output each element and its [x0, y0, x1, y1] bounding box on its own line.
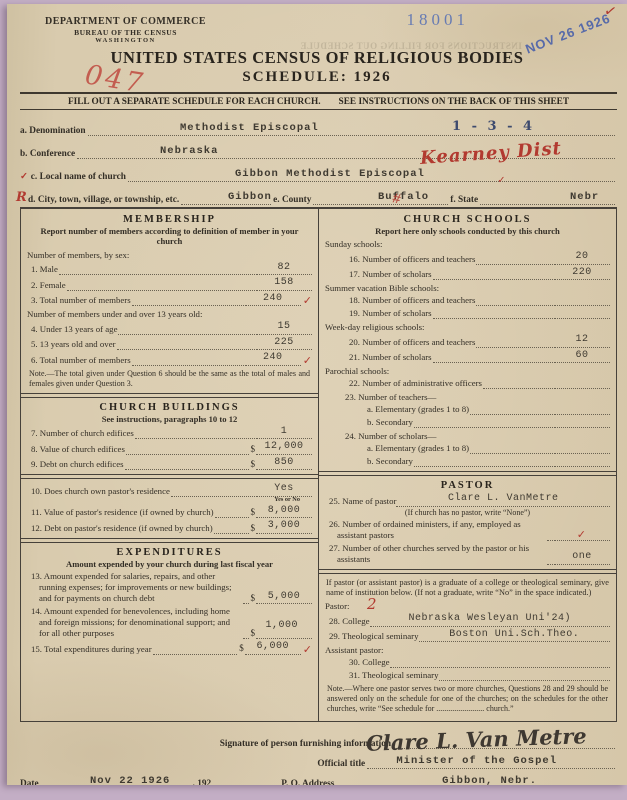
sunday-teachers-value: 20 — [554, 251, 610, 265]
date-suffix: , 192 — [193, 779, 212, 785]
benevolences-amount-line — [256, 638, 312, 639]
dollar-sign: $ — [251, 523, 256, 534]
question-label: 10. Does church own pastor's residence — [27, 486, 170, 497]
dotted-leader — [59, 271, 255, 275]
question-label: 30. College — [345, 657, 390, 668]
question-row-25: 25. Name of pastor Clare L. VanMetre — [325, 493, 610, 507]
dotted-leader — [433, 359, 553, 363]
official-title-label: Official title — [317, 759, 365, 769]
buildings-section-subtitle: See instructions, paragraphs 10 to 12 — [31, 414, 308, 424]
question-label: 31. Theological seminary — [345, 670, 439, 681]
residence-value-amount: 8,000 — [256, 505, 312, 519]
dollar-sign: $ — [251, 628, 256, 639]
pastor-college-value: Nebraska Wesleyan Uni'24) — [370, 613, 610, 627]
summer-teachers-value — [554, 305, 610, 306]
question-label: 11. Value of pastor's residence (if owne… — [27, 507, 214, 518]
state-label: f. State — [450, 195, 478, 205]
edifice-debt-amount: 850 — [256, 457, 312, 471]
pastor-sub-label: Pastor: 2 — [325, 601, 610, 611]
question-row-17: 17. Number of scholars 220 — [345, 267, 610, 281]
conference-value: Nebraska — [160, 145, 218, 157]
question-label: 18. Number of officers and teachers — [345, 295, 475, 306]
question-row-12: 12. Debt on pastor's residence (if owned… — [27, 520, 312, 534]
assistant-pastor-label: Assistant pastor: — [325, 645, 610, 655]
dotted-leader — [67, 287, 255, 291]
over-13-value: 225 — [256, 337, 312, 351]
running-expenses-amount: 5,000 — [256, 591, 312, 605]
field-row-local-name: ✓ c. Local name of church Gibbon Methodi… — [20, 159, 617, 182]
official-title-value: Minister of the Gospel — [396, 755, 557, 767]
red-overwrite-mark: # — [390, 191, 403, 209]
serial-number-stamp: 18001 — [407, 10, 470, 30]
dotted-leader — [433, 276, 553, 280]
question-row-15: 15. Total expenditures during year $ 6,0… — [27, 641, 312, 655]
city-value: Gibbon — [228, 191, 272, 203]
dotted-leader — [153, 651, 238, 655]
form-paper: DEPARTMENT OF COMMERCE BUREAU OF THE CEN… — [7, 4, 627, 785]
field-row-conference: b. Conference Nebraska Kearney Dist — [20, 136, 617, 159]
local-name-value: Gibbon Methodist Episcopal — [235, 168, 425, 180]
question-row-24a: a. Elementary (grades 1 to 8) — [363, 443, 610, 454]
pastor-note: Note.—Where one pastor serves two or mor… — [327, 684, 608, 714]
dollar-sign: $ — [251, 459, 256, 470]
total-members-value: 240 — [245, 293, 301, 307]
question-row-5: 5. 13 years old and over 225 — [27, 337, 312, 351]
summer-scholars-value — [554, 318, 610, 319]
question-label: 15. Total expenditures during year — [27, 644, 152, 655]
question-label: 27. Number of other churches served by t… — [325, 543, 546, 565]
question-row-11: 11. Value of pastor's residence (if owne… — [27, 505, 312, 519]
official-title-row: Official title Minister of the Gospel — [20, 749, 617, 769]
county-value: Buffalo — [378, 191, 429, 203]
red-checkmark-icon: ✓ — [603, 4, 619, 22]
question-label: b. Secondary — [363, 417, 413, 428]
denomination-value: Methodist Episcopal — [180, 122, 319, 134]
denomination-label: a. Denomination — [20, 126, 86, 136]
question-label: 17. Number of scholars — [345, 269, 432, 280]
po-address-label: P. O. Address — [281, 779, 334, 785]
group-label-by-sex: Number of members, by sex: — [27, 250, 312, 260]
field-row-city-county-state: R d. City, town, village, or township, e… — [20, 182, 617, 205]
question-label: a. Elementary (grades 1 to 8) — [363, 443, 469, 454]
question-label: 19. Number of scholars — [345, 308, 432, 319]
question-label: 6. Total number of members — [27, 355, 131, 366]
dotted-leader — [215, 514, 249, 518]
question-label-24: 24. Number of scholars— — [345, 431, 610, 441]
dotted-leader — [135, 435, 255, 439]
question-label: 21. Number of scholars — [345, 352, 432, 363]
dotted-leader — [470, 411, 553, 415]
weekday-scholars-value: 60 — [554, 350, 610, 364]
bureau-city: WASHINGTON — [45, 37, 206, 45]
total-expenditures-amount: 6,000 — [245, 641, 301, 655]
question-row-18: 18. Number of officers and teachers — [345, 295, 610, 306]
bureau-name: BUREAU OF THE CENSUS — [45, 28, 206, 37]
section-divider — [319, 471, 616, 476]
total-members-age-value: 240 — [245, 352, 301, 366]
dotted-leader — [476, 344, 553, 348]
dollar-sign: $ — [251, 444, 256, 455]
question-row-24b: b. Secondary — [363, 456, 610, 467]
question-row-7: 7. Number of church edifices 1 — [27, 426, 312, 440]
male-count-value: 82 — [256, 262, 312, 276]
question-row-27: 27. Number of other churches served by t… — [325, 543, 610, 565]
scanned-census-form: { "colors":{"background":"#c3aec5","pape… — [0, 0, 627, 800]
red-checkmark-icon: ✓ — [20, 171, 28, 182]
expenditures-section-title: EXPENDITURES — [27, 547, 312, 558]
red-pencil-2-mark: 2 — [367, 595, 377, 613]
identification-fields: a. Denomination Methodist Episcopal 1 - … — [7, 110, 627, 207]
membership-note: Note.—The total given under Question 6 s… — [29, 369, 310, 389]
teachers-elementary-value — [554, 414, 610, 415]
dotted-leader — [243, 600, 249, 604]
question-label: 2. Female — [27, 280, 66, 291]
instruction-right: SEE INSTRUCTIONS ON THE BACK OF THIS SHE… — [339, 97, 570, 107]
dotted-leader — [547, 561, 553, 565]
section-divider — [319, 569, 616, 574]
question-label: 12. Debt on pastor's residence (if owned… — [27, 523, 213, 534]
instruction-left: FILL OUT A SEPARATE SCHEDULE FOR EACH CH… — [68, 97, 321, 107]
question-row-4: 4. Under 13 years of age 15 — [27, 321, 312, 335]
question-label: 16. Number of officers and teachers — [345, 254, 475, 265]
question-label: 29. Theological seminary — [325, 631, 419, 642]
date-label: Date — [20, 779, 39, 785]
female-count-value: 158 — [256, 277, 312, 291]
membership-section-title: MEMBERSHIP — [27, 214, 312, 225]
question-label: 4. Under 13 years of age — [27, 324, 117, 335]
dotted-leader — [214, 530, 249, 534]
red-checkmark-icon: ✓ — [303, 357, 312, 366]
question-row-8: 8. Value of church edifices $ 12,000 — [27, 441, 312, 455]
dotted-leader — [476, 302, 553, 306]
dotted-leader — [470, 450, 553, 454]
under-13-value: 15 — [256, 321, 312, 335]
other-churches-value: one — [554, 551, 610, 565]
question-row-26: 26. Number of ordained ministers, if any… — [325, 519, 610, 541]
question-label: 28. College — [325, 616, 370, 627]
question-row-1: 1. Male 82 — [27, 262, 312, 276]
question-row-23b: b. Secondary — [363, 417, 610, 428]
question-row-13: 13. Amount expended for salaries, repair… — [27, 571, 312, 604]
dotted-leader — [125, 466, 249, 470]
assistant-college-value — [390, 667, 610, 668]
question-row-28: 28. College Nebraska Wesleyan Uni'24) — [325, 613, 610, 627]
pastor-seminary-value: Boston Uni.Sch.Theo. — [419, 629, 611, 643]
question-row-20: 20. Number of officers and teachers 12 — [345, 334, 610, 348]
conference-label: b. Conference — [20, 149, 75, 159]
question-label: 7. Number of church edifices — [27, 428, 134, 439]
department-name: DEPARTMENT OF COMMERCE — [45, 16, 206, 28]
question-label: 5. 13 years old and over — [27, 339, 116, 350]
sunday-scholars-value: 220 — [554, 267, 610, 281]
right-column: CHURCH SCHOOLS Report here only schools … — [319, 209, 616, 721]
left-column: MEMBERSHIP Report number of members acco… — [21, 209, 319, 721]
expenditures-section-subtitle: Amount expended by your church during la… — [31, 559, 308, 569]
field-row-denomination: a. Denomination Methodist Episcopal 1 - … — [20, 113, 617, 136]
question-label: 8. Value of church edifices — [27, 444, 125, 455]
question-row-14: 14. Amount expended for benevolences, in… — [27, 606, 312, 639]
pastor-section-title: PASTOR — [325, 480, 610, 491]
assistant-seminary-value — [439, 680, 611, 681]
agency-block: DEPARTMENT OF COMMERCE BUREAU OF THE CEN… — [45, 16, 206, 45]
dotted-leader — [118, 331, 255, 335]
dotted-leader — [132, 362, 244, 366]
question-label: 13. Amount expended for salaries, repair… — [27, 571, 242, 604]
form-header: DEPARTMENT OF COMMERCE BUREAU OF THE CEN… — [7, 4, 627, 92]
group-label-sunday: Sunday schools: — [325, 239, 610, 249]
dotted-leader — [476, 261, 553, 265]
dotted-leader — [132, 302, 244, 306]
weekday-teachers-value: 12 — [554, 334, 610, 348]
section-divider — [21, 393, 318, 398]
date-address-row: Date Nov 22 1926 , 192 P. O. Address Gib… — [20, 769, 617, 785]
schools-section-subtitle: Report here only schools conducted by th… — [329, 226, 606, 236]
question-label: 22. Number of administrative officers — [345, 378, 482, 389]
signature-row: Signature of person furnishing informati… — [20, 725, 617, 749]
city-label: d. City, town, village, or township, etc… — [28, 195, 179, 205]
dotted-leader — [433, 315, 553, 319]
edifice-value-amount: 12,000 — [256, 441, 312, 455]
question-label: 9. Debt on church edifices — [27, 459, 124, 470]
residence-debt-amount: 3,000 — [256, 520, 312, 534]
dollar-sign: $ — [239, 643, 244, 654]
state-value: Nebr — [570, 191, 599, 203]
form-body-columns: MEMBERSHIP Report number of members acco… — [20, 207, 617, 722]
county-label: e. County — [273, 195, 311, 205]
date-value: Nov 22 1926 — [90, 775, 170, 785]
question-row-6: 6. Total number of members 240 ✓ — [27, 352, 312, 366]
question-label: 20. Number of officers and teachers — [345, 337, 475, 348]
section-divider — [21, 474, 318, 479]
form-footer: Signature of person furnishing informati… — [7, 722, 627, 785]
parochial-officers-value — [554, 388, 610, 389]
question-label-23: 23. Number of teachers— — [345, 392, 610, 402]
question-row-23a: a. Elementary (grades 1 to 8) — [363, 404, 610, 415]
question-row-3: 3. Total number of members 240 ✓ — [27, 293, 312, 307]
pastor-label-text: Pastor: — [325, 601, 349, 611]
red-checkmark-icon: ✓ — [577, 531, 586, 540]
red-checkmark-icon: ✓ — [303, 646, 312, 655]
group-label-summer: Summer vacation Bible schools: — [325, 283, 610, 293]
dotted-leader — [243, 635, 249, 639]
benevolences-typed-amount: 1,000 — [265, 620, 298, 633]
edifices-count-value: 1 — [256, 426, 312, 440]
question-label: 25. Name of pastor — [325, 496, 396, 507]
denomination-annotation: 1 - 3 - 4 — [452, 119, 535, 134]
dotted-leader — [483, 385, 553, 389]
question-row-9: 9. Debt on church edifices $ 850 — [27, 457, 312, 471]
dotted-leader — [171, 493, 255, 497]
buildings-section-title: CHURCH BUILDINGS — [27, 402, 312, 413]
instruction-bar: FILL OUT A SEPARATE SCHEDULE FOR EACH CH… — [20, 92, 617, 110]
question-row-21: 21. Number of scholars 60 — [345, 350, 610, 364]
dotted-leader — [414, 424, 553, 428]
question-label: 1. Male — [27, 264, 58, 275]
question-row-31: 31. Theological seminary — [345, 670, 610, 681]
yes-or-no-hint: Yes or No — [274, 496, 300, 504]
question-label: 14. Amount expended for benevolences, in… — [27, 606, 242, 639]
membership-section-subtitle: Report number of members according to de… — [31, 226, 308, 247]
pastor-name-value: Clare L. VanMetre — [396, 493, 610, 507]
schools-section-title: CHURCH SCHOOLS — [325, 214, 610, 225]
red-checkmark-icon: ✓ — [303, 297, 312, 306]
dotted-leader — [117, 346, 255, 350]
question-row-22: 22. Number of administrative officers — [345, 378, 610, 389]
dollar-sign: $ — [251, 593, 256, 604]
po-address-value: Gibbon, Nebr. — [442, 775, 537, 785]
question-label: 26. Number of ordained ministers, if any… — [325, 519, 546, 541]
dollar-sign: $ — [251, 507, 256, 518]
question-row-30: 30. College — [345, 657, 610, 668]
group-label-by-age: Number of members under and over 13 year… — [27, 309, 312, 319]
local-name-label: c. Local name of church — [31, 172, 126, 182]
no-pastor-hint: (If church has no pastor, write “None”) — [325, 508, 610, 517]
teachers-secondary-value — [554, 427, 610, 428]
question-label: b. Secondary — [363, 456, 413, 467]
red-pencil-r-mark: R — [16, 190, 27, 205]
section-divider — [21, 538, 318, 543]
group-label-parochial: Parochial schools: — [325, 366, 610, 376]
question-row-10: 10. Does church own pastor's residence Y… — [27, 483, 312, 497]
question-label: 3. Total number of members — [27, 295, 131, 306]
group-label-weekday: Week-day religious schools: — [325, 322, 610, 332]
question-row-2: 2. Female 158 — [27, 277, 312, 291]
dotted-leader — [547, 537, 553, 541]
question-row-29: 29. Theological seminary Boston Uni.Sch.… — [325, 629, 610, 643]
scholars-secondary-value — [554, 466, 610, 467]
question-label: a. Elementary (grades 1 to 8) — [363, 404, 469, 415]
question-row-16: 16. Number of officers and teachers 20 — [345, 251, 610, 265]
question-row-19: 19. Number of scholars — [345, 308, 610, 319]
owns-residence-value: Yes — [256, 483, 312, 497]
dotted-leader — [414, 463, 553, 467]
dotted-leader — [126, 451, 249, 455]
scholars-elementary-value — [554, 453, 610, 454]
